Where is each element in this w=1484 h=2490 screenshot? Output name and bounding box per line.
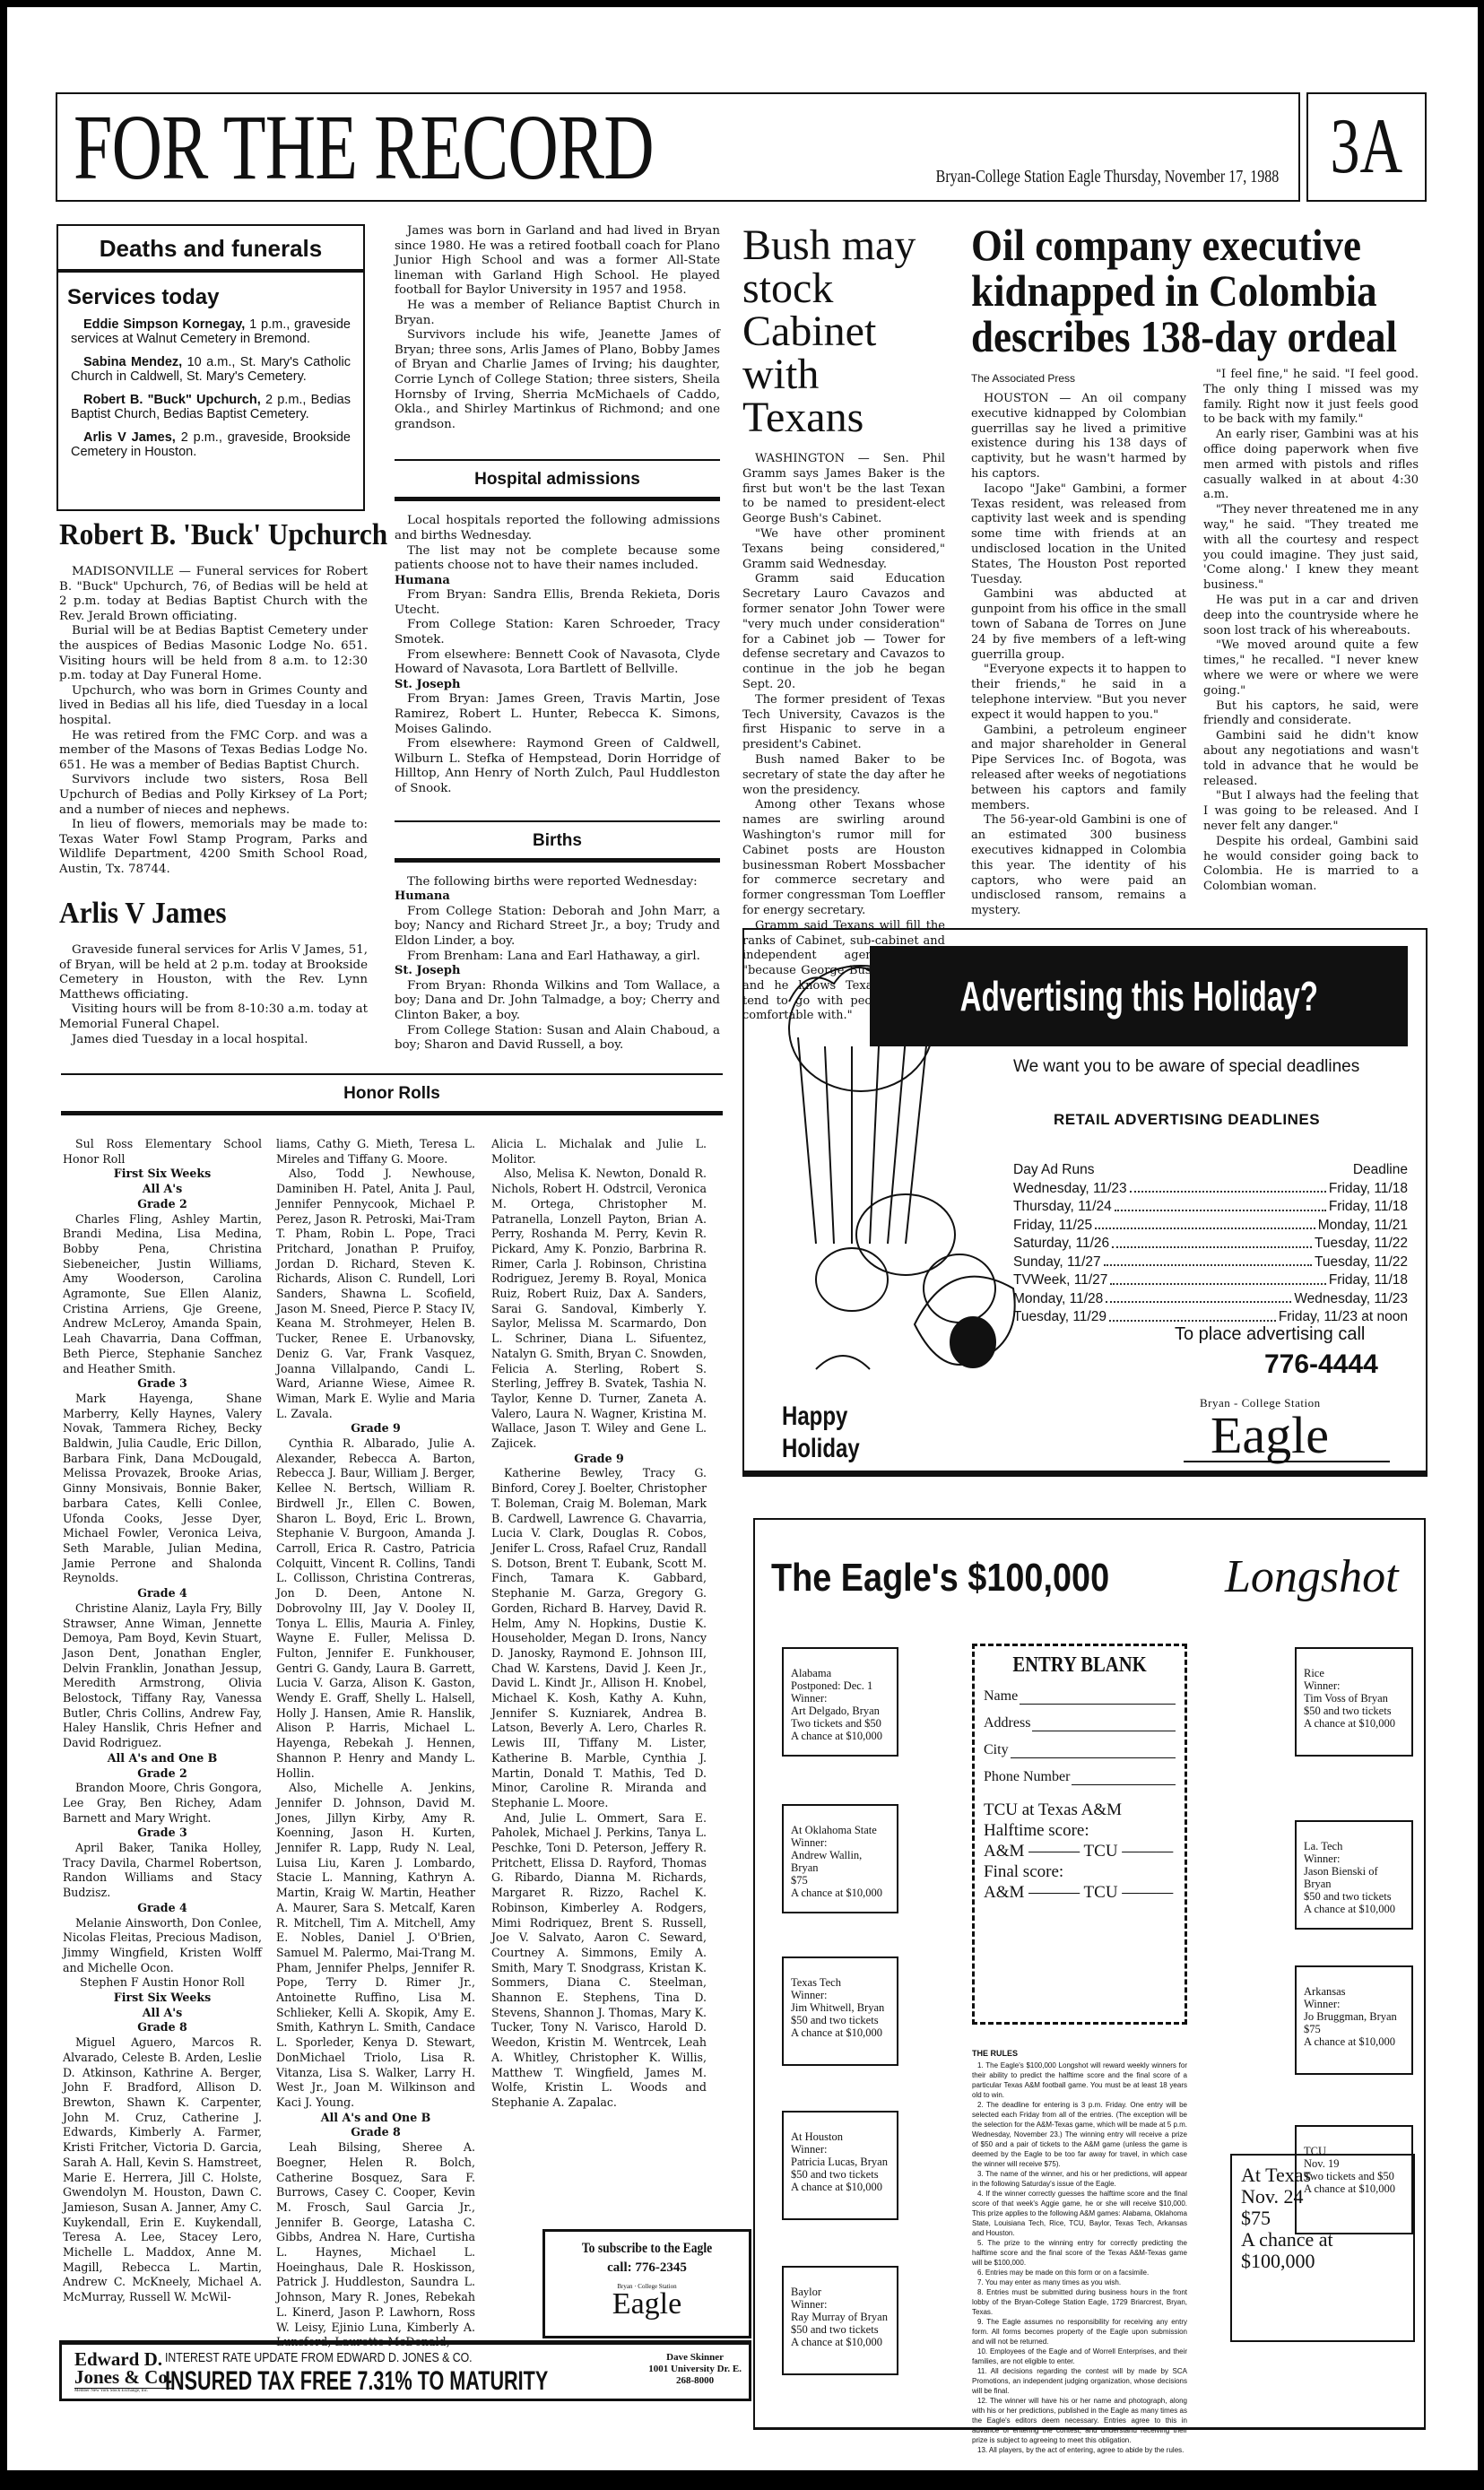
- honor-roll-subheading: Grade 3: [63, 1826, 262, 1841]
- final-game-box: At TexasNov. 24$75A chance at $100,000: [1230, 2154, 1415, 2342]
- winner-box-line: Tim Voss of Bryan: [1304, 1692, 1404, 1705]
- rule-item: 7. You may enter as many times as you wi…: [972, 2277, 1187, 2287]
- admission-line: From Bryan: Sandra Ellis, Brenda Rekieta…: [395, 588, 720, 618]
- obituary-headline: Arlis V James: [59, 897, 343, 931]
- winner-box: ArkansasWinner:Jo Bruggman, Bryan$75A ch…: [1295, 1965, 1413, 2075]
- obituary-body: Graveside funeral services for Arlis V J…: [59, 943, 368, 1047]
- winner-box-line: Arkansas: [1304, 1985, 1404, 1998]
- final-box-line: Nov. 24: [1241, 2186, 1404, 2208]
- births-list: The following births were reported Wedne…: [395, 875, 720, 1054]
- winner-box-line: Jo Bruggman, Bryan: [1304, 2010, 1404, 2023]
- paragraph: HOUSTON — An oil company executive kidna…: [971, 392, 1186, 482]
- hospital-intro: Local hospitals reported the following a…: [395, 514, 720, 543]
- oil-story: Oil company executivekidnapped in Colomb…: [971, 222, 1437, 385]
- oil-story-column-2: "I feel fine," he said. "I feel good. Th…: [1203, 368, 1419, 895]
- winner-box-line: $50 and two tickets: [1304, 1705, 1404, 1717]
- longshot-title: The Eagle's $100,000 Longshot: [771, 1556, 1165, 1601]
- entry-field-label: City: [984, 1742, 1009, 1758]
- rule-item: 9. The Eagle assumes no responsibility f…: [972, 2317, 1187, 2347]
- winner-box-line: $50 and two tickets: [791, 2168, 890, 2181]
- ad-call-text: To place advertising call: [1175, 1324, 1365, 1345]
- winner-box-line: Winner:: [791, 2143, 890, 2156]
- winner-box-line: $50 and two tickets: [791, 2323, 890, 2336]
- bush-headline: Bush maystock Cabinetwith Texans: [742, 224, 945, 439]
- honor-roll-subheading: First Six Weeks: [63, 1991, 262, 2006]
- holiday-advertising-ad: Advertising this Holiday? We want you to…: [742, 928, 1428, 1477]
- death-entry-name: Arlis V James,: [83, 430, 176, 445]
- honor-roll-names: Brandon Moore, Chris Gongora, Lee Gray, …: [63, 1781, 262, 1826]
- paragraph: He was retired from the FMC Corp. and wa…: [59, 729, 368, 774]
- honor-roll-names: Also, Todd J. Newhouse, Daminiben H. Pat…: [276, 1167, 475, 1421]
- ad-run-day: Wednesday, 11/23: [1013, 1180, 1127, 1199]
- death-entry-name: Sabina Mendez,: [83, 355, 182, 369]
- headline-line: kidnapped in Colombia: [971, 268, 1391, 314]
- ad-run-day: Thursday, 11/24: [1013, 1198, 1112, 1217]
- honor-roll-names: Charles Fling, Ashley Martin, Brandi Med…: [63, 1212, 262, 1377]
- paragraph: The 56-year-old Gambini is one of an est…: [971, 813, 1186, 919]
- honor-roll-names: Mark Hayenga, Shane Marberry, Kelly Hayn…: [63, 1392, 262, 1586]
- final-box-line: At Texas: [1241, 2165, 1404, 2186]
- rule-item: 5. The prize to the winning entry for co…: [972, 2238, 1187, 2268]
- honor-roll-subheading: All A's: [63, 1182, 262, 1197]
- honor-roll-names: April Baker, Tanika Holley, Tracy Davila…: [63, 1841, 262, 1901]
- ad-deadline: Friday, 11/18: [1329, 1180, 1408, 1199]
- winner-box-line: Baylor: [791, 2286, 890, 2298]
- ad-deadline: Wednesday, 11/23: [1294, 1290, 1408, 1309]
- hospital-admissions-list: Local hospitals reported the following a…: [395, 514, 720, 796]
- births-heading: Births: [395, 822, 720, 858]
- death-entries: Eddie Simpson Kornegay, 1 p.m., gravesid…: [58, 317, 363, 459]
- happy-holiday-text: Happy Holiday: [782, 1401, 860, 1465]
- ad-line-2: INSURED TAX FREE 7.31% TO MATURITY: [165, 2366, 548, 2397]
- headline-line: Bush may: [742, 224, 945, 267]
- hospital-admissions-heading: Hospital admissions: [395, 461, 720, 497]
- dot-leader: [1110, 1271, 1325, 1285]
- rule-item: 10. Employees of the Eagle and of Worrel…: [972, 2347, 1187, 2366]
- honor-roll-subheading: Grade 8: [63, 2020, 262, 2035]
- paragraph: Survivors include his wife, Jeanette Jam…: [395, 328, 720, 432]
- paragraph: Despite his ordeal, Gambini said he woul…: [1203, 835, 1419, 895]
- honor-roll-names: Also, Melisa K. Newton, Donald R. Nichol…: [491, 1167, 707, 1451]
- death-entry-name: Robert B. "Buck" Upchurch,: [83, 393, 261, 407]
- rule-item: 11. All decisions regarding the contest …: [972, 2366, 1187, 2396]
- entry-field-address[interactable]: Address: [984, 1715, 1176, 1731]
- winner-box-line: Winner:: [791, 2298, 890, 2311]
- headline-line: describes 138-day ordeal: [971, 314, 1391, 360]
- section-title: FOR THE RECORD: [74, 103, 654, 193]
- deadlines-title: RETAIL ADVERTISING DEADLINES: [1054, 1111, 1320, 1129]
- winner-box-line: A chance at $10,000: [791, 2181, 890, 2193]
- deadlines-table: Day Ad Runs Deadline Wednesday, 11/23Fri…: [1013, 1161, 1408, 1327]
- winner-box: RiceWinner:Tim Voss of Bryan$50 and two …: [1295, 1647, 1413, 1757]
- paragraph: An early riser, Gambini was at his offic…: [1203, 428, 1419, 503]
- rule-item: 2. The deadline for entering is 3 p.m. F…: [972, 2100, 1187, 2169]
- entry-blank-form: ENTRY BLANK NameAddressCityPhone Number …: [972, 1644, 1187, 2025]
- winner-box-line: Postponed: Dec. 1: [791, 1679, 890, 1692]
- bush-story: Bush maystock Cabinetwith Texans WASHING…: [742, 224, 945, 1024]
- winner-box-line: Andrew Wallin, Bryan: [791, 1849, 890, 1874]
- admission-line: From elsewhere: Bennett Cook of Navasota…: [395, 648, 720, 678]
- winner-box-line: Jason Bienski of Bryan: [1304, 1865, 1404, 1890]
- dot-leader: [1130, 1180, 1326, 1193]
- paragraph: "They never threatened me in any way," h…: [1203, 503, 1419, 594]
- paragraph: Gambini was abducted at gunpoint from hi…: [971, 587, 1186, 663]
- ad-subtitle: We want you to be aware of special deadl…: [1013, 1057, 1359, 1077]
- paragraph: Among other Texans whose names are swirl…: [742, 798, 945, 918]
- oil-headline: Oil company executivekidnapped in Colomb…: [971, 222, 1437, 360]
- honor-rolls-heading: Honor Rolls: [61, 1075, 723, 1111]
- entry-field-label: Phone Number: [984, 1769, 1070, 1785]
- paragraph: James died Tuesday in a local hospital.: [59, 1033, 368, 1048]
- winner-box-line: Winner:: [1304, 1852, 1404, 1865]
- honor-roll-names: Christine Alaniz, Layla Fry, Billy Straw…: [63, 1601, 262, 1751]
- winner-box-line: Winner:: [791, 1692, 890, 1705]
- eagle-logo: Eagle: [1211, 1409, 1329, 1462]
- hospital-intro: The list may not be complete because som…: [395, 544, 720, 574]
- honor-roll-subheading: Grade 9: [491, 1452, 707, 1467]
- paragraph: Survivors include two sisters, Rosa Bell…: [59, 773, 368, 818]
- rule-item: 6. Entries may be made on this form or o…: [972, 2268, 1187, 2277]
- paragraph: "We have other prominent Texans being co…: [742, 527, 945, 572]
- final-score-field[interactable]: A&M ——— TCU ———: [984, 1882, 1176, 1903]
- winner-box-line: At Houston: [791, 2130, 890, 2143]
- entry-field-name[interactable]: Name: [984, 1688, 1176, 1705]
- rule-item: 4. If the winner correctly guesses the h…: [972, 2189, 1187, 2238]
- headline-line: stock Cabinet: [742, 267, 945, 353]
- paragraph: "We moved around quite a few times," he …: [1203, 638, 1419, 698]
- subscribe-box[interactable]: To subscribe to the Eagle call: 776-2345…: [542, 2229, 751, 2338]
- paragraph: He was a member of Reliance Baptist Chur…: [395, 299, 720, 328]
- edward-jones-ad: Edward D. Jones & Co. Member New York St…: [59, 2340, 751, 2401]
- paragraph: Graveside funeral services for Arlis V J…: [59, 943, 368, 1002]
- paragraph: MADISONVILLE — Funeral services for Robe…: [59, 565, 368, 624]
- honor-roll-subheading: All A's and One B: [63, 1751, 262, 1766]
- deaths-and-funerals-box: Deaths and funerals Services today Eddie…: [56, 224, 365, 511]
- winner-box: BaylorWinner:Ray Murray of Bryan$50 and …: [782, 2266, 898, 2375]
- winner-box-line: A chance at $10,000: [791, 2336, 890, 2348]
- honor-roll-subheading: Grade 4: [63, 1901, 262, 1916]
- honor-roll-names: Katherine Bewley, Tracy G. Binford, Core…: [491, 1466, 707, 1810]
- rule-item: 3. The name of the winner, and his or he…: [972, 2169, 1187, 2189]
- halftime-label: Halftime score:: [984, 1820, 1176, 1841]
- births-intro: The following births were reported Wedne…: [395, 875, 720, 890]
- paragraph: Gambini, a petroleum engineer and major …: [971, 724, 1186, 814]
- obituary-james: Arlis V James Graveside funeral services…: [59, 897, 368, 1047]
- winner-box: At Oklahoma StateWinner:Andrew Wallin, B…: [782, 1804, 898, 1913]
- winner-box-line: Alabama: [791, 1667, 890, 1679]
- deadline-row: Monday, 11/28Wednesday, 11/23: [1013, 1290, 1408, 1309]
- paragraph: Visiting hours will be from 8-10:30 a.m.…: [59, 1002, 368, 1032]
- paragraph: Upchurch, who was born in Grimes County …: [59, 684, 368, 729]
- deadline-row: Thursday, 11/24Friday, 11/18: [1013, 1198, 1408, 1217]
- winner-box: La. TechWinner:Jason Bienski of Bryan$50…: [1295, 1820, 1413, 1930]
- winner-box-line: $50 and two tickets: [1304, 1890, 1404, 1903]
- winner-box-line: Two tickets and $50: [791, 1717, 890, 1730]
- paragraph: The former president of Texas Tech Unive…: [742, 693, 945, 753]
- deadline-row: Sunday, 11/27Tuesday, 11/22: [1013, 1254, 1408, 1272]
- winner-box-line: Winner:: [791, 1989, 890, 2001]
- admission-line: From College Station: Karen Schroeder, T…: [395, 618, 720, 647]
- honor-roll-subheading: Grade 8: [276, 2125, 475, 2140]
- honor-roll-subheading: Grade 2: [63, 1766, 262, 1782]
- hospital-name: Humana: [395, 889, 720, 905]
- ad-phone[interactable]: 776-4444: [1264, 1349, 1378, 1380]
- dot-leader: [1112, 1235, 1312, 1248]
- honor-rolls-header: Honor Rolls: [61, 1073, 723, 1115]
- honor-roll-names: Miguel Aguero, Marcos R. Alvarado, Celes…: [63, 2035, 262, 2305]
- paragraph: In lieu of flowers, memorials may be mad…: [59, 818, 368, 877]
- honor-roll-column-2: liams, Cathy G. Mieth, Teresa L. Mireles…: [276, 1137, 475, 2350]
- rule-item: 12. The winner will have his or her name…: [972, 2396, 1187, 2445]
- deadline-row: TVWeek, 11/27Friday, 11/18: [1013, 1271, 1408, 1290]
- winner-box-line: A chance at $10,000: [791, 2026, 890, 2039]
- headline-line: Oil company executive: [971, 222, 1391, 268]
- death-entry-name: Eddie Simpson Kornegay,: [83, 317, 245, 332]
- honor-roll-subheading: All A's: [63, 2006, 262, 2021]
- winner-box-line: $75: [791, 1874, 890, 1887]
- death-entry: Eddie Simpson Kornegay, 1 p.m., gravesid…: [71, 317, 351, 346]
- ad-deadline: Monday, 11/21: [1318, 1217, 1408, 1236]
- ad-run-day: Sunday, 11/27: [1013, 1254, 1101, 1272]
- subscribe-text: To subscribe to the Eagle: [560, 2241, 733, 2257]
- honor-roll-names: Alicia L. Michalak and Julie L. Molitor.: [491, 1137, 707, 1167]
- rule-item: 8. Entries must be submitted during busi…: [972, 2287, 1187, 2317]
- ad-deadline: Tuesday, 11/22: [1315, 1235, 1408, 1254]
- headline-line: with Texans: [742, 353, 945, 439]
- honor-roll-column-1: Sul Ross Elementary School Honor RollFir…: [63, 1137, 262, 2305]
- deadline-row: Saturday, 11/26Tuesday, 11/22: [1013, 1235, 1408, 1254]
- subscribe-phone[interactable]: call: 776-2345: [545, 2260, 749, 2276]
- paragraph: Gramm said Education Secretary Lauro Cav…: [742, 572, 945, 692]
- winner-box-line: Jim Whitwell, Bryan: [791, 2001, 890, 2014]
- paragraph: Iacopo "Jake" Gambini, a former Texas re…: [971, 482, 1186, 588]
- winner-box: At HoustonWinner:Patricia Lucas, Bryan$5…: [782, 2111, 898, 2220]
- page-number: 3A: [1306, 92, 1427, 202]
- honor-roll-subheading: Grade 2: [63, 1197, 262, 1212]
- admission-line: From elsewhere: Raymond Green of Caldwel…: [395, 737, 720, 796]
- honor-roll-subheading: All A's and One B: [276, 2111, 475, 2126]
- death-entry: Arlis V James, 2 p.m., graveside, Brooks…: [71, 430, 351, 459]
- entry-field-label: Address: [984, 1715, 1030, 1731]
- winner-box-line: $75: [1304, 2023, 1404, 2035]
- ad-banner: Advertising this Holiday?: [870, 946, 1408, 1046]
- honor-roll-subheading: Grade 4: [63, 1586, 262, 1601]
- entry-game: TCU at Texas A&M: [984, 1800, 1176, 1820]
- entry-field-line[interactable]: [1032, 1715, 1176, 1731]
- honor-roll-names: Melanie Ainsworth, Don Conlee, Nicolas F…: [63, 1916, 262, 1976]
- obituary-body: MADISONVILLE — Funeral services for Robe…: [59, 565, 368, 877]
- dot-leader: [1106, 1290, 1291, 1304]
- paragraph: Bush named Baker to be secretary of stat…: [742, 753, 945, 798]
- deadline-row: Wednesday, 11/23Friday, 11/18: [1013, 1180, 1408, 1199]
- paragraph: Burial will be at Bedias Baptist Cemeter…: [59, 624, 368, 683]
- oil-story-column-1: HOUSTON — An oil company executive kidna…: [971, 392, 1186, 919]
- obituary-headline: Robert B. 'Buck' Upchurch: [59, 518, 343, 552]
- eagle-logo: Eagle: [545, 2290, 749, 2319]
- obituary-james-continued: James was born in Garland and had lived …: [395, 224, 720, 432]
- honor-roll-names: Leah Bilsing, Sheree A. Boegner, Helen R…: [276, 2140, 475, 2350]
- honor-roll-names: And, Julie L. Ommert, Sara E. Paholek, M…: [491, 1811, 707, 2111]
- paragraph: "But I always had the feeling that I was…: [1203, 789, 1419, 834]
- birth-line: From College Station: Deborah and John M…: [395, 905, 720, 950]
- honor-roll-names: Also, Michelle A. Jenkins, Jennifer D. J…: [276, 1781, 475, 2110]
- winner-box-line: A chance at $10,000: [1304, 1717, 1404, 1730]
- winner-box-line: Winner:: [1304, 1998, 1404, 2010]
- winner-box: Texas TechWinner:Jim Whitwell, Bryan$50 …: [782, 1956, 898, 2066]
- entry-field-phone-number[interactable]: Phone Number: [984, 1769, 1176, 1785]
- paragraph: "Everyone expects it to happen to their …: [971, 663, 1186, 723]
- contest-rules: THE RULES 1. The Eagle's $100,000 Longsh…: [972, 2049, 1187, 2455]
- ad-deadline: Tuesday, 11/22: [1315, 1254, 1408, 1272]
- hospital-name: Humana: [395, 574, 720, 589]
- birth-line: From Bryan: Rhonda Wilkins and Tom Walla…: [395, 979, 720, 1024]
- final-box-line: A chance at $100,000: [1241, 2229, 1404, 2272]
- birth-line: From Brenham: Lana and Earl Hathaway, a …: [395, 950, 720, 965]
- winner-box-line: A chance at $10,000: [1304, 1903, 1404, 1915]
- masthead: FOR THE RECORD Bryan-College Station Eag…: [56, 92, 1300, 202]
- obituary-upchurch: Robert B. 'Buck' Upchurch MADISONVILLE —…: [59, 518, 368, 877]
- ad-line-1: INTEREST RATE UPDATE FROM EDWARD D. JONE…: [165, 2350, 473, 2365]
- ad-run-day: Saturday, 11/26: [1013, 1235, 1109, 1254]
- rule-item: 1. The Eagle's $100,000 Longshot will re…: [972, 2061, 1187, 2100]
- entry-field-label: Name: [984, 1688, 1018, 1705]
- hospital-name: St. Joseph: [395, 678, 720, 693]
- entry-field-line[interactable]: [1020, 1688, 1176, 1705]
- honor-roll-subheading: Grade 3: [63, 1376, 262, 1392]
- honor-roll-names: Cynthia R. Albarado, Julie A. Alexander,…: [276, 1436, 475, 1781]
- hospital-name: St. Joseph: [395, 964, 720, 979]
- winner-box-line: A chance at $10,000: [791, 1730, 890, 1742]
- entry-field-line[interactable]: [1072, 1769, 1176, 1785]
- dot-leader: [1115, 1198, 1326, 1211]
- entry-field-city[interactable]: City: [984, 1742, 1176, 1758]
- winner-box-line: Patricia Lucas, Bryan: [791, 2156, 890, 2168]
- scan-edge-top: [0, 0, 1484, 7]
- final-label: Final score:: [984, 1861, 1176, 1882]
- winner-box-line: Rice: [1304, 1667, 1404, 1679]
- dot-leader: [1095, 1217, 1315, 1230]
- winner-box-line: At Oklahoma State: [791, 1824, 890, 1836]
- winner-box-line: Ray Murray of Bryan: [791, 2311, 890, 2323]
- paragraph: WASHINGTON — Sen. Phil Gramm says James …: [742, 452, 945, 527]
- scan-edge-right: [1478, 0, 1484, 2490]
- paragraph: "I feel fine," he said. "I feel good. Th…: [1203, 368, 1419, 428]
- deadlines-header: Day Ad Runs Deadline: [1013, 1161, 1408, 1180]
- winner-box-line: $50 and two tickets: [791, 2014, 890, 2026]
- winner-box-line: A chance at $10,000: [791, 1887, 890, 1899]
- honor-roll-subheading: Grade 9: [276, 1421, 475, 1436]
- dot-leader: [1104, 1254, 1312, 1267]
- paragraph: He was put in a car and driven deep into…: [1203, 594, 1419, 638]
- entry-field-line[interactable]: [1011, 1742, 1176, 1758]
- honor-roll-subheading: First Six Weeks: [63, 1167, 262, 1182]
- paragraph: But his captors, he said, were friendly …: [1203, 699, 1419, 730]
- services-today-heading: Services today: [67, 285, 363, 310]
- death-entry: Robert B. "Buck" Upchurch, 2 p.m., Bedia…: [71, 393, 351, 421]
- honor-roll-school: Stephen F Austin Honor Roll: [63, 1975, 262, 1991]
- ad-run-day: Friday, 11/25: [1013, 1217, 1092, 1236]
- ad-contact: Dave Skinner 1001 University Dr. E. 268-…: [648, 2352, 742, 2387]
- birth-line: From College Station: Susan and Alain Ch…: [395, 1024, 720, 1054]
- winner-box-line: La. Tech: [1304, 1840, 1404, 1852]
- column-two: James was born in Garland and had lived …: [395, 224, 720, 1054]
- deadline-row: Friday, 11/25Monday, 11/21: [1013, 1217, 1408, 1236]
- admission-line: From Bryan: James Green, Travis Martin, …: [395, 692, 720, 737]
- dot-leader: [1109, 1308, 1276, 1322]
- winner-box-line: Winner:: [1304, 1679, 1404, 1692]
- paragraph: James was born in Garland and had lived …: [395, 224, 720, 299]
- winner-box-line: Texas Tech: [791, 1976, 890, 1989]
- deaths-heading: Deaths and funerals: [58, 226, 363, 273]
- longshot-contest-ad: The Eagle's $100,000 Longshot AlabamaPos…: [753, 1518, 1426, 2430]
- final-box-line: $75: [1241, 2208, 1404, 2229]
- winner-box-line: Winner:: [791, 1836, 890, 1849]
- paragraph: Gambini said he didn't know about any ne…: [1203, 729, 1419, 789]
- winner-box-line: A chance at $10,000: [1304, 2035, 1404, 2048]
- scan-edge-left: [0, 0, 7, 2490]
- rule-item: 13. All players, by the act of entering,…: [972, 2445, 1187, 2455]
- death-entry: Sabina Mendez, 10 a.m., St. Mary's Catho…: [71, 355, 351, 384]
- ad-deadline: Friday, 11/18: [1329, 1271, 1408, 1290]
- honor-roll-column-3: Alicia L. Michalak and Julie L. Molitor.…: [491, 1137, 707, 2111]
- honor-roll-school: Sul Ross Elementary School Honor Roll: [63, 1137, 262, 1167]
- edward-jones-logo: Edward D. Jones & Co. Member New York St…: [74, 2350, 172, 2394]
- dateline: Bryan-College Station Eagle Thursday, No…: [935, 167, 1279, 187]
- ad-deadline: Friday, 11/18: [1329, 1198, 1408, 1217]
- honor-roll-names: liams, Cathy G. Mieth, Teresa L. Mireles…: [276, 1137, 475, 1167]
- ad-run-day: Tuesday, 11/29: [1013, 1308, 1106, 1327]
- winner-box: AlabamaPostponed: Dec. 1Winner:Art Delga…: [782, 1647, 898, 1757]
- scan-edge-bottom: [0, 2470, 1484, 2490]
- halftime-score-field[interactable]: A&M ——— TCU ———: [984, 1841, 1176, 1861]
- winner-box-line: Art Delgado, Bryan: [791, 1705, 890, 1717]
- ad-run-day: Monday, 11/28: [1013, 1290, 1103, 1309]
- ad-run-day: TVWeek, 11/27: [1013, 1271, 1107, 1290]
